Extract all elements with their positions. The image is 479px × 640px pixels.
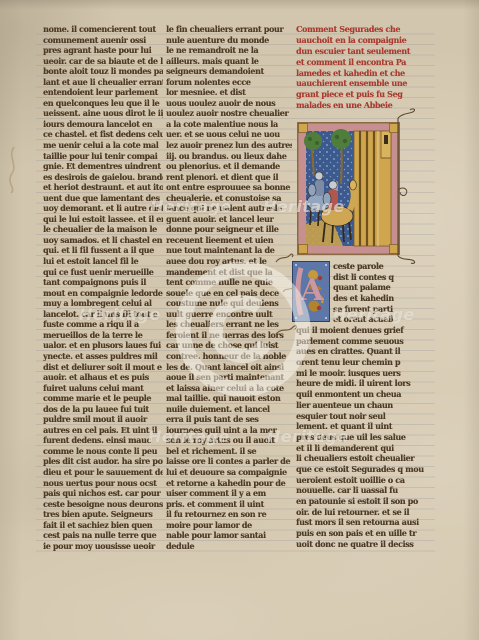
gothic-text-line: dist li contes q — [333, 272, 434, 283]
gothic-text-line: uent due que lamentant des — [43, 193, 163, 204]
gothic-text-line: pais qui nichos est. car pour e — [43, 488, 163, 499]
gothic-text-line: ueroient estoit uoillie o ca — [296, 475, 434, 486]
gothic-text-line: qui. et li fil fussent a il que — [43, 245, 163, 256]
gothic-text-line: furent dedens. einsi mauc — [43, 435, 163, 446]
rubric-line: uauchoit en la compaignie — [296, 35, 434, 46]
gothic-text-line: bel et richement. il se — [166, 446, 292, 457]
rubric-line: Comment Segurades che — [296, 24, 434, 35]
gothic-text-line: uer. et se uous celui ne uou — [166, 129, 292, 140]
gothic-text-line: ueoir. car de sa biaute et de la — [43, 56, 163, 67]
gothic-text-line: oir. de lui retourner. et se il — [296, 507, 434, 518]
rubric-line: dun escuier tant seulement — [296, 46, 434, 57]
rubric-line: lamedes et kahedin et che — [296, 68, 434, 79]
gothic-text-line: fust mors il sen retourna ausi — [296, 517, 434, 528]
gothic-text-line: nome. il comencierent tout — [43, 24, 163, 35]
gothic-text-line: ie pour moy uousisse ueoir — [43, 541, 163, 552]
gothic-text-line: ynecte. et asses puldres mil — [43, 351, 163, 362]
gothic-text-line: ueissent. aine uous dirot le iij — [43, 108, 163, 119]
heritage-watermark: Heritage — [333, 305, 415, 324]
gothic-text-line: comme le nous conte li peu — [43, 446, 163, 457]
gothic-text-line: pris. et comment il uint — [166, 499, 292, 510]
gothic-text-line: uoulez auoir nostre cheualier — [166, 108, 292, 119]
gothic-text-line: iours demoura lancelot en — [43, 119, 163, 130]
gothic-text-line: ce chastel. et fist dedens celui — [43, 129, 163, 140]
gothic-text-line: nable pour lamor santai — [166, 530, 292, 541]
gothic-text-line: autres en cel pais. Et uint il — [43, 425, 163, 436]
gothic-text-line: puldre smil mout il auoir — [43, 414, 163, 425]
gothic-text-line: quant palame — [333, 282, 434, 293]
corner-gold-square — [299, 245, 308, 254]
gothic-text-line: merueillos de la terre le — [43, 330, 163, 341]
gothic-text-line: rent plenori. et dient que il — [166, 172, 292, 183]
gothic-text-line: qui le lui estoit lassee. et il en — [43, 214, 163, 225]
gothic-text-line: nous uertus pour nous ocst — [43, 478, 163, 489]
heritage-watermark: Heritage — [263, 197, 345, 216]
gothic-text-line: le cheualier de la maison le — [43, 224, 163, 235]
gothic-text-line: tres bien apute. Seigneurs — [43, 509, 163, 520]
gothic-text-line: uoit donc ne quatre il deciss — [296, 539, 434, 550]
gothic-text-line: auoir. et alhaus et es puis — [43, 372, 163, 383]
heritage-watermark: Heritage — [150, 197, 232, 216]
gothic-text-line: receuent lieement et uien — [166, 235, 292, 246]
gothic-text-line: comme marie et le peuple — [43, 393, 163, 404]
gothic-text-line: ailleurs. mais quant le — [166, 56, 292, 67]
gothic-text-line: taillie pour lui tenir compai — [43, 151, 163, 162]
gothic-text-line: erra il puis tant de ses — [166, 414, 292, 425]
gothic-text-line: uoy demorant. et li autre dist — [43, 203, 163, 214]
gothic-text-line: uoy samados. et li chastel en — [43, 235, 163, 246]
gothic-text-line: en patounie si estoit il son po — [296, 496, 434, 507]
gothic-text-line: forum nolentes ecce — [166, 77, 292, 88]
gothic-text-line: dist et deliurer soit il mout e — [43, 362, 163, 373]
gothic-text-line: lor mesniee. et dist — [166, 87, 292, 98]
gothic-text-line: nule auenture du monde — [166, 35, 292, 46]
gothic-text-line: et retorne a kahedin pour de — [166, 478, 292, 489]
heritage-watermark: Heritage — [267, 427, 349, 446]
rubric-line: uauchierent ensemble une — [296, 78, 434, 89]
gothic-text-line: me uenir celui a la cote mal — [43, 140, 163, 151]
gothic-text-line: le ne remandroit ne la — [166, 45, 292, 56]
gothic-text-line: li cheualiers estoit cheualier — [296, 453, 434, 464]
gothic-text-line: dos de la pu lauee fui tuit — [43, 404, 163, 415]
text-column-1: nome. il comencierent toutcomunement aue… — [43, 24, 163, 551]
gothic-text-line: ples dit cist audor. ha sire por — [43, 456, 163, 467]
heritage-watermark: Heritage — [148, 427, 230, 446]
gothic-text-line: iij. ou brandus. ou lieux dahe — [166, 151, 292, 162]
gothic-text-line: uous uoulez auoir de nous — [166, 98, 292, 109]
gothic-text-line: tant compaignons puis il — [43, 277, 163, 288]
gothic-text-line: ou plenorius. et il demande — [166, 161, 292, 172]
gothic-text-line: gnie. Et dementres uindrent — [43, 161, 163, 172]
heritage-watermark: Heritage — [79, 305, 161, 324]
gothic-text-line: puis en son pais et en uille tr — [296, 528, 434, 539]
gothic-text-line: ceste besoigne nous deurons — [43, 499, 163, 510]
gothic-text-line: dedule — [166, 541, 292, 552]
gothic-text-line: cest pais na nulle terre que — [43, 530, 163, 541]
gothic-text-line: uiser comment il y a em — [166, 488, 292, 499]
gothic-text-line: a la cote malentiue nous la — [166, 119, 292, 130]
margin-quire-mark — [4, 145, 22, 195]
gothic-text-line: fuiret ualuns celui mant — [43, 383, 163, 394]
gothic-text-line: lui et estoit lancel fil le — [43, 256, 163, 267]
rubric-line: et comment il encontra Pa — [296, 57, 434, 68]
gothic-text-line: fait il et sachiez bien quen — [43, 520, 163, 531]
gothic-text-line: et heriot destraunt. et aut itor — [43, 182, 163, 193]
castle-icon — [354, 131, 391, 246]
rubric-heading: Comment Segurades cheuauchoit en la comp… — [296, 24, 434, 111]
gothic-text-line: nuile duiement. et lancel — [166, 404, 292, 415]
gothic-text-line: comunement auenir ossi — [43, 35, 163, 46]
gothic-text-line: esquier tout noir seul — [296, 411, 434, 422]
manuscript-page-photo: nome. il comencierent toutcomunement aue… — [0, 0, 479, 640]
gothic-text-line: qui ce fust uenir merueille — [43, 267, 163, 278]
illuminated-miniature — [297, 122, 400, 255]
gothic-text-line: entendoient leur parlement — [43, 87, 163, 98]
gothic-text-line: que ce estoit Segurades q mou — [296, 464, 434, 475]
gothic-text-line: pres agrant haste pour lui — [43, 45, 163, 56]
gothic-text-line: lez auoir prenez lun des autres — [166, 140, 292, 151]
gothic-text-line: laisse ore li contes a parler de — [166, 456, 292, 467]
gothic-text-line: moire pour lamor de — [166, 520, 292, 531]
gothic-text-line: lui et deuoure sa compaignie — [166, 467, 292, 478]
gothic-text-line: donne pour seigneur et ille — [166, 224, 292, 235]
rubric-line: grant piece et puis fu Seg — [296, 89, 434, 100]
corner-gold-square — [299, 124, 308, 133]
gothic-text-line: des et kahedin — [333, 293, 434, 304]
gothic-text-line: ualor. et en plusors laues fui — [43, 340, 163, 351]
copyright-watermark-icon — [168, 254, 318, 404]
gothic-text-line: le fin cheualiers errant pour — [166, 24, 292, 35]
gothic-text-line: bonte aloit touz li mondes par — [43, 66, 163, 77]
gothic-text-line: seigneurs demandoient — [166, 66, 292, 77]
gothic-text-line: nouuelle. car li uassal fu — [296, 485, 434, 496]
gothic-text-line: dieu et pour le sauuement de — [43, 467, 163, 478]
gothic-text-line: ont entre esprouuee sa bonne — [166, 182, 292, 193]
penwork-border-flourish — [394, 106, 420, 266]
gothic-text-line: mout en compaignie ledorde — [43, 288, 163, 299]
gothic-text-line: es desirois de gaielou. brandel — [43, 172, 163, 183]
gothic-text-line: il fu retournez en son re — [166, 509, 292, 520]
gothic-text-line: lant et aue li cheualier errant — [43, 77, 163, 88]
gothic-text-line: en quelconques leu que il le — [43, 98, 163, 109]
